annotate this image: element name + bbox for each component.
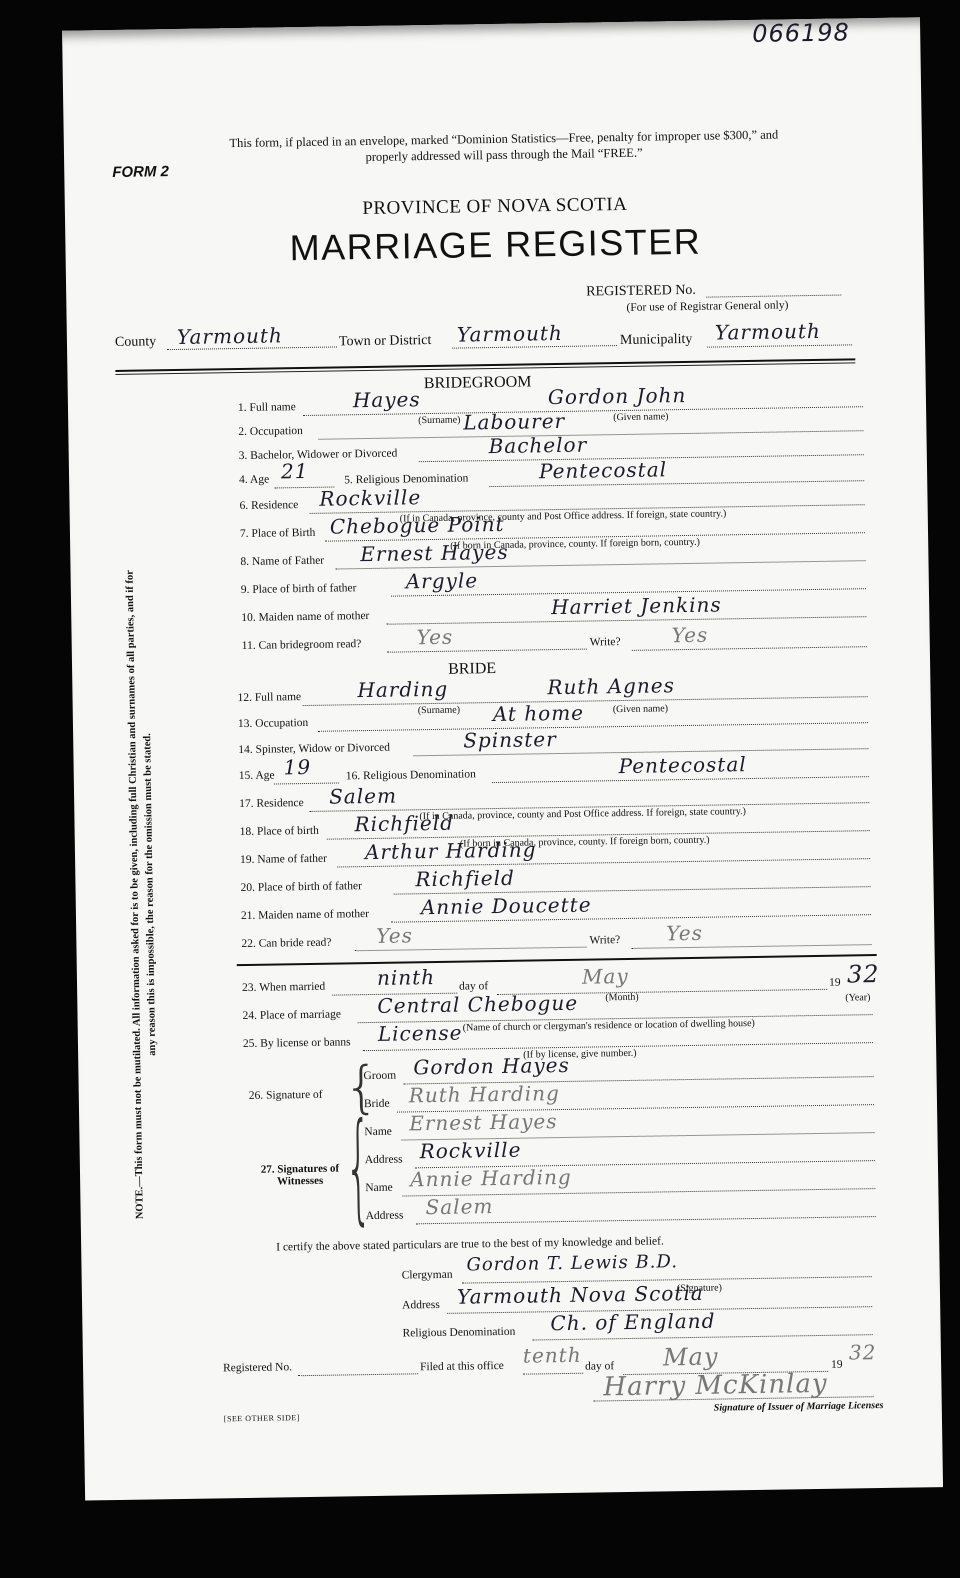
clergyman-address-label: Address — [402, 1299, 440, 1312]
bride-read-label: 22. Can bride read? — [241, 937, 331, 950]
groom-given-hint: (Given name) — [613, 411, 668, 423]
filed-day: tenth — [523, 1343, 582, 1368]
marriage-day: ninth — [377, 965, 435, 990]
registered-no-note: (For use of Registrar General only) — [626, 299, 788, 314]
registered-no-line — [706, 295, 841, 298]
witness1-address: Rockville — [420, 1138, 522, 1164]
bride-write-label: Write? — [589, 934, 620, 946]
groom-father-label: 8. Name of Father — [240, 555, 324, 568]
witnesses-label: 27. Signatures of Witnesses — [245, 1162, 355, 1188]
bride-signature: Ruth Harding — [409, 1081, 560, 1107]
bride-read: Yes — [376, 923, 413, 948]
filed-year-prefix: 19 — [831, 1359, 843, 1371]
groom-read-label: 11. Can bridegroom read? — [242, 638, 362, 652]
side-note: NOTE.—This form must not be mutilated. A… — [123, 569, 163, 1219]
bride-birthplace: Richfield — [354, 811, 454, 837]
groom-birthplace-label: 7. Place of Birth — [240, 527, 316, 540]
groom-given-name: Gordon John — [548, 383, 687, 409]
marriage-month: May — [582, 964, 629, 989]
certification-statement: I certify the above stated particulars a… — [276, 1235, 664, 1253]
county-value: Yarmouth — [177, 323, 283, 349]
witness2-address-label: Address — [366, 1210, 404, 1223]
clergyman-address: Yarmouth Nova Scotia — [457, 1281, 704, 1309]
witness2-name-label: Name — [365, 1182, 393, 1194]
clergyman-signature: Gordon T. Lewis B.D. — [466, 1251, 678, 1275]
groom-residence-label: 6. Residence — [239, 499, 298, 512]
witnesses-label-line1: 27. Signatures of — [245, 1162, 355, 1176]
groom-full-name-label: 1. Full name — [238, 401, 296, 414]
bride-full-name-label: 12. Full name — [237, 691, 301, 704]
witness2-name: Annie Harding — [410, 1165, 572, 1192]
groom-occupation: Labourer — [463, 409, 565, 435]
witness2-address: Salem — [425, 1194, 493, 1219]
filed-day-of-label: day of — [585, 1360, 614, 1372]
marriage-year: 32 — [847, 960, 880, 989]
groom-age-label: 4. Age — [239, 474, 269, 486]
groom-father: Ernest Hayes — [360, 540, 509, 566]
groom-status: Bachelor — [488, 433, 587, 459]
form-number: FORM 2 — [112, 163, 169, 181]
year-prefix: 19 — [829, 977, 841, 989]
groom-mother-label: 10. Maiden name of mother — [241, 610, 369, 624]
marriage-register-page: 066198 This form, if placed in an envelo… — [62, 17, 943, 1500]
marriage-place: Central Chebogue — [377, 991, 578, 1018]
bride-father: Arthur Harding — [365, 837, 537, 864]
bride-status-label: 14. Spinster, Widow or Divorced — [238, 742, 390, 756]
groom-surname-hint: (Surname) — [418, 415, 460, 427]
bride-status: Spinster — [463, 727, 557, 752]
groom-father-birthplace: Argyle — [406, 568, 479, 593]
filed-at-office-label: Filed at this office — [420, 1360, 504, 1373]
witness1-address-label: Address — [365, 1154, 403, 1167]
province-heading: PROVINCE OF NOVA SCOTIA — [235, 192, 755, 222]
groom-age: 21 — [281, 459, 309, 483]
groom-father-birthplace-label: 9. Place of birth of father — [241, 582, 357, 596]
witnesses-label-line2: Witnesses — [245, 1174, 355, 1188]
groom-write: Yes — [671, 623, 708, 648]
bride-surname: Harding — [357, 677, 448, 702]
issuer-signature: Harry McKinlay — [603, 1369, 828, 1403]
bride-mother: Annie Doucette — [421, 893, 592, 920]
bride-father-birthplace-label: 20. Place of birth of father — [240, 880, 362, 894]
registered-no-label: REGISTERED No. — [586, 283, 696, 301]
year-hint: (Year) — [845, 992, 870, 1003]
bride-write: Yes — [666, 921, 703, 946]
license-or-banns: License — [378, 1021, 463, 1046]
groom-status-label: 3. Bachelor, Widower or Divorced — [239, 448, 398, 462]
bride-occupation-label: 13. Occupation — [238, 717, 308, 730]
county-label: County — [115, 334, 156, 351]
bride-occupation: At home — [493, 701, 585, 726]
groom-signature: Gordon Hayes — [413, 1053, 570, 1079]
town-label: Town or District — [339, 333, 432, 350]
bride-mother-label: 21. Maiden name of mother — [241, 908, 369, 922]
bride-religion: Pentecostal — [618, 752, 746, 778]
clergyman-label: Clergyman — [402, 1269, 453, 1282]
when-married-label: 23. When married — [242, 981, 325, 994]
bride-religion-label: 16. Religious Denomination — [346, 768, 476, 782]
witness1-name-label: Name — [364, 1126, 392, 1138]
place-of-marriage-label: 24. Place of marriage — [242, 1008, 341, 1022]
issuer-label: Signature of Issuer of Marriage Licenses — [714, 1400, 884, 1414]
groom-birthplace: Chebogue Point — [330, 512, 505, 539]
groom-religion-label: 5. Religious Denomination — [344, 472, 468, 486]
month-hint: (Month) — [605, 992, 639, 1004]
bride-divider — [237, 954, 877, 966]
groom-read: Yes — [416, 625, 453, 650]
municipality-label: Municipality — [620, 332, 693, 349]
groom-mother: Harriet Jenkins — [551, 592, 722, 619]
bride-given-hint: (Given name) — [613, 703, 668, 715]
municipality-value: Yarmouth — [715, 319, 821, 345]
bride-birthplace-label: 18. Place of birth — [240, 825, 319, 838]
bride-residence: Salem — [329, 784, 397, 809]
bride-residence-label: 17. Residence — [239, 797, 304, 810]
groom-religion: Pentecostal — [539, 457, 667, 483]
bride-surname-hint: (Surname) — [418, 705, 460, 717]
signature-of-label: 26. Signature of — [249, 1089, 323, 1102]
groom-occupation-label: 2. Occupation — [238, 425, 303, 438]
groom-surname: Hayes — [353, 387, 421, 412]
bride-father-birthplace: Richfield — [415, 866, 515, 892]
page-title: MARRIAGE REGISTER — [205, 219, 786, 270]
header-divider — [115, 358, 855, 372]
license-or-banns-label: 25. By license or banns — [243, 1036, 351, 1050]
see-other-side-note: [SEE OTHER SIDE] — [224, 1413, 300, 1423]
filed-year: 32 — [849, 1340, 877, 1364]
town-value: Yarmouth — [457, 321, 563, 347]
bride-father-label: 19. Name of father — [240, 853, 327, 866]
filed-month: May — [663, 1343, 719, 1372]
groom-signature-label: Groom — [363, 1070, 396, 1083]
bride-age: 19 — [283, 755, 311, 779]
serial-number: 066198 — [752, 18, 850, 48]
day-of-label: day of — [459, 980, 488, 992]
bride-age-label: 15. Age — [239, 769, 275, 782]
groom-write-label: Write? — [590, 636, 621, 648]
bride-given-name: Ruth Agnes — [547, 673, 675, 699]
witness1-name: Ernest Hayes — [409, 1109, 558, 1135]
clergyman-religion: Ch. of England — [550, 1309, 715, 1336]
clergyman-religion-label: Religious Denomination — [402, 1326, 515, 1340]
groom-residence: Rockville — [319, 485, 421, 511]
filing-registered-no-label: Registered No. — [223, 1361, 292, 1374]
